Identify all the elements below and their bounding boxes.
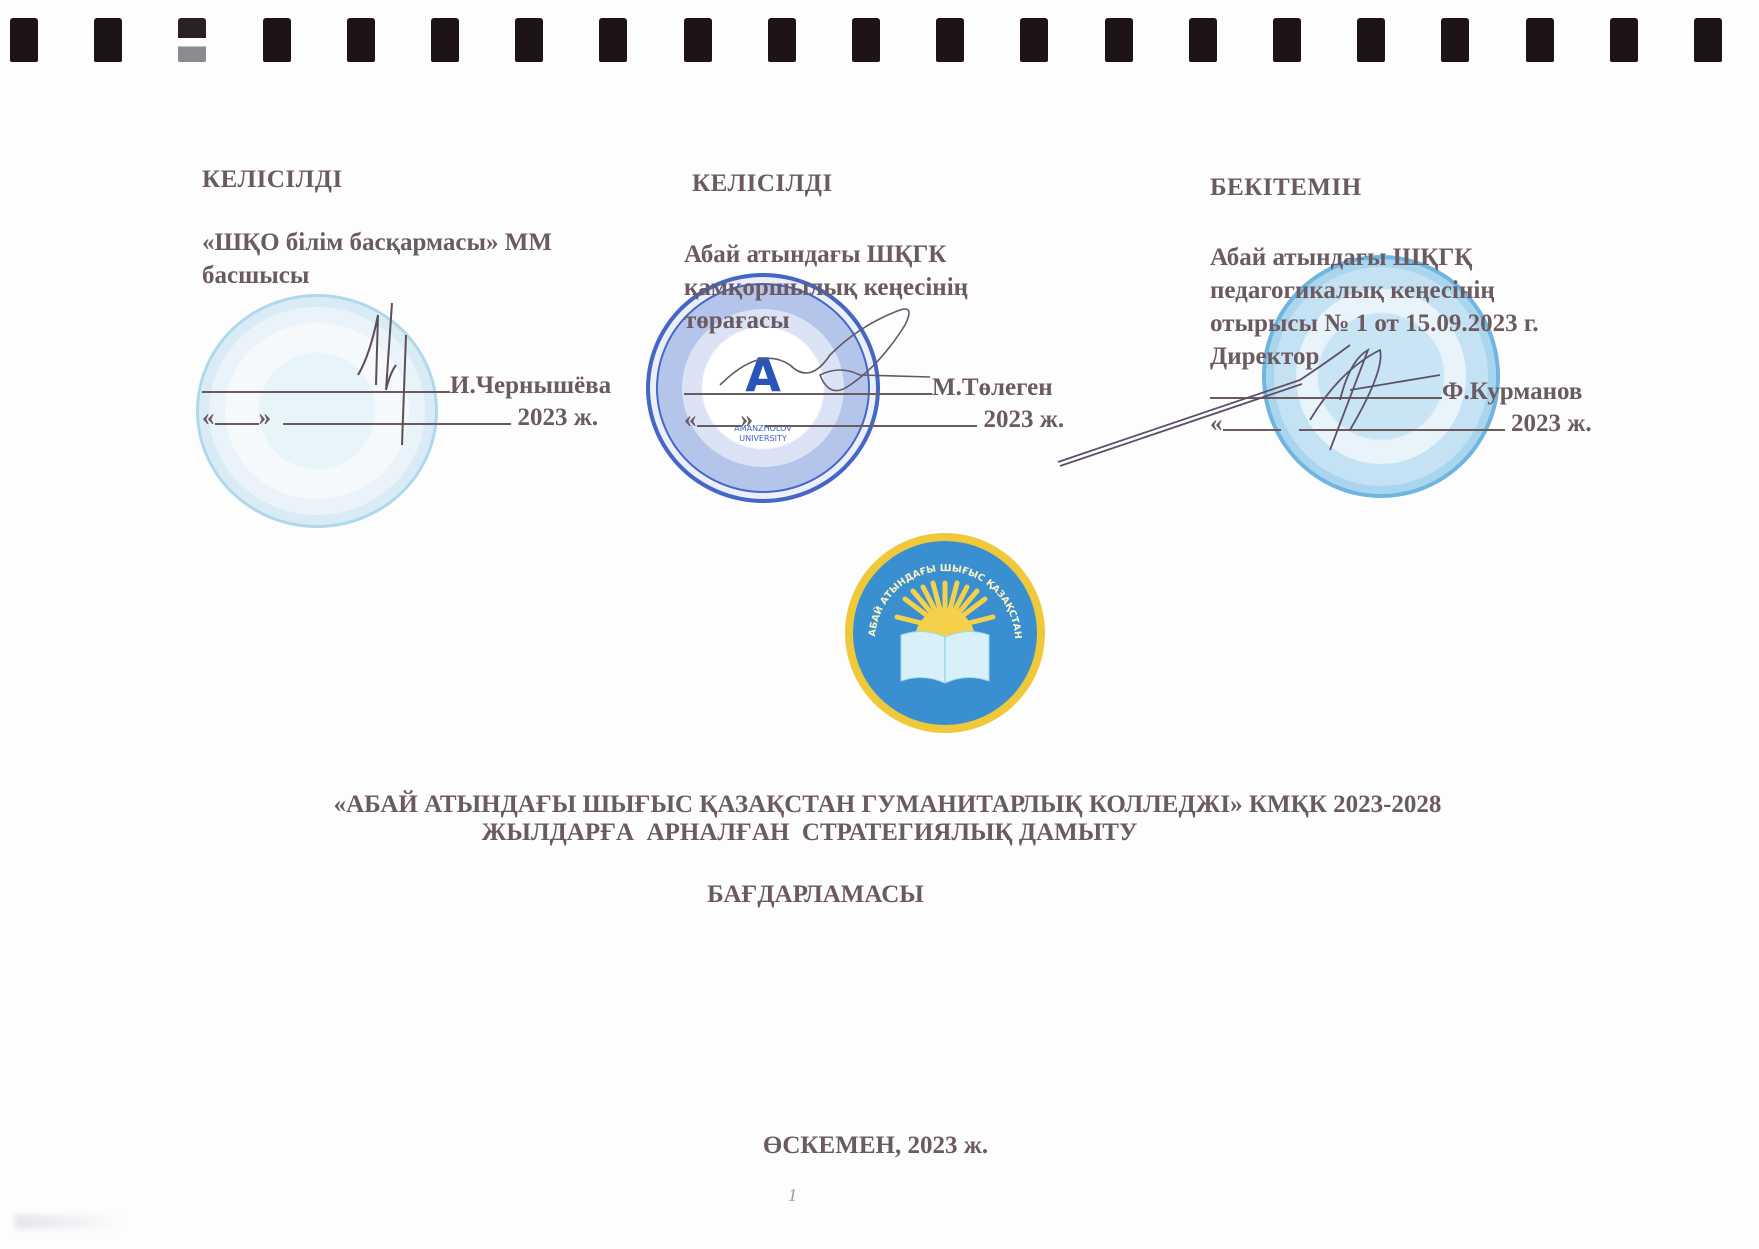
scan-smudge xyxy=(15,1215,125,1229)
approval-position-line: «ШҚО білім басқармасы» ММ xyxy=(202,226,552,259)
place-and-year: ӨСКЕМЕН, 2023 ж. xyxy=(0,1131,1755,1161)
binding-hole xyxy=(1610,18,1638,62)
approval-block-director: БЕКІТЕМІН xyxy=(1210,174,1362,202)
approval-position-line: қамқоршылық кеңесінің xyxy=(684,271,968,304)
handwritten-signature-1 xyxy=(340,295,420,455)
binding-hole xyxy=(599,18,627,62)
date-year: 2023 ж. xyxy=(1511,410,1592,437)
binding-hole xyxy=(1441,18,1469,62)
approval-block-education-department: КЕЛІСІЛДІ «ШҚО білім басқармасы» ММ басш… xyxy=(202,166,552,292)
handwritten-signature-2 xyxy=(700,305,940,415)
binding-hole xyxy=(1526,18,1554,62)
approval-heading: КЕЛІСІЛДІ xyxy=(692,170,833,198)
binding-hole xyxy=(684,18,712,62)
approval-heading: БЕКІТЕМІН xyxy=(1210,174,1362,202)
approval-position-line: басшысы xyxy=(202,259,552,292)
binding-hole xyxy=(1357,18,1385,62)
document-title-line-1: «АБАЙ АТЫНДАҒЫ ШЫҒЫС ҚАЗАҚСТАН ГУМАНИТАР… xyxy=(8,790,1759,820)
binding-hole xyxy=(852,18,880,62)
approval-block-board-of-trustees: КЕЛІСІЛДІ xyxy=(684,170,833,198)
approval-position-line: Абай атындағы ШҚГҚ xyxy=(1210,241,1539,274)
document-title-line-3: БАҒДАРЛАМАСЫ xyxy=(0,880,1695,910)
binding-hole xyxy=(936,18,964,62)
document-title-line-2: ЖЫЛДАРҒА АРНАЛҒАН СТРАТЕГИЯЛЫҚ ДАМЫТУ xyxy=(0,818,1689,848)
binding-hole xyxy=(1020,18,1048,62)
binding-hole xyxy=(94,18,122,62)
binding-hole xyxy=(263,18,291,62)
page-mark: 1 xyxy=(788,1185,797,1206)
date-year: 2023 ж. xyxy=(518,404,599,431)
approval-position-line: Абай атындағы ШҚГК xyxy=(684,238,968,271)
approval-position-line: педагогикалық кеңесінің xyxy=(1210,274,1539,307)
binding-hole xyxy=(1189,18,1217,62)
binding-hole xyxy=(347,18,375,62)
binding-hole xyxy=(178,18,206,62)
handwritten-signature-3 xyxy=(1050,340,1430,470)
signatory-name: И.Чернышёва xyxy=(450,372,611,399)
binding-hole xyxy=(1273,18,1301,62)
approval-heading: КЕЛІСІЛДІ xyxy=(202,166,552,194)
sun-and-book-icon: АБАЙ АТЫНДАҒЫ ШЫҒЫС ҚАЗАҚСТАН ГУМАНИТАРЛ… xyxy=(853,541,1037,725)
signatory-name: М.Төлеген xyxy=(932,374,1053,401)
binding-hole xyxy=(431,18,459,62)
binding-hole xyxy=(1105,18,1133,62)
binding-hole xyxy=(768,18,796,62)
approval-position-line: отырысы № 1 от 15.09.2023 г. xyxy=(1210,307,1539,340)
college-logo: АБАЙ АТЫНДАҒЫ ШЫҒЫС ҚАЗАҚСТАН ГУМАНИТАРЛ… xyxy=(845,533,1045,733)
signatory-name: Ф.Курманов xyxy=(1442,378,1582,405)
binding-hole xyxy=(1694,18,1722,62)
binding-hole xyxy=(10,18,38,62)
binding-holes xyxy=(0,0,1759,70)
binding-hole xyxy=(515,18,543,62)
